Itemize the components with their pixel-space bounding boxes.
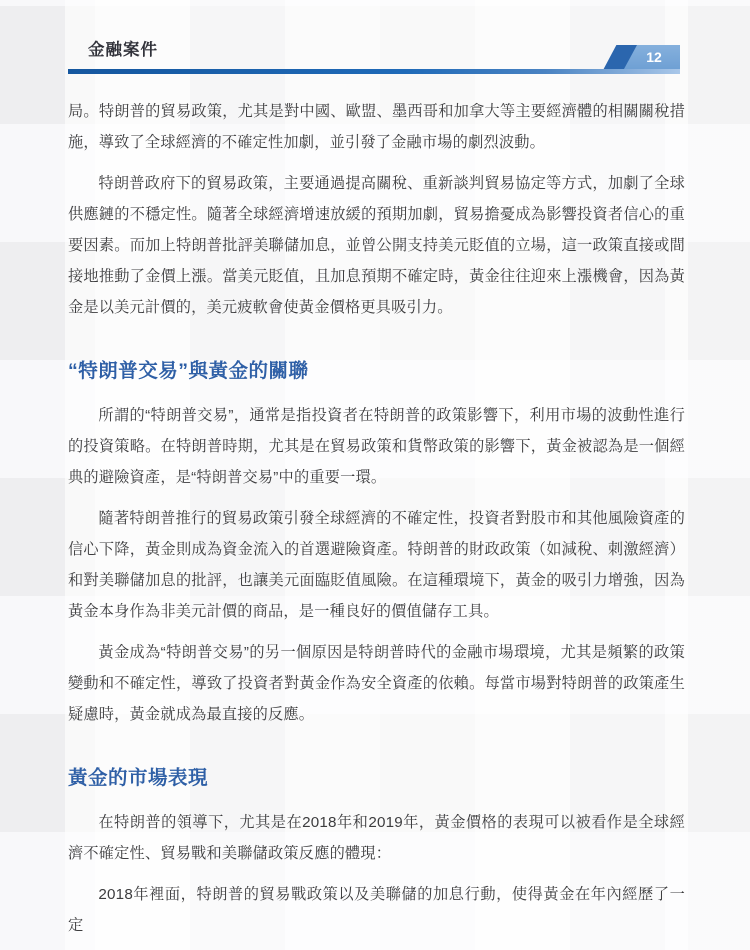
paragraph: 隨著特朗普推行的貿易政策引發全球經濟的不確定性，投資者對股市和其他風險資產的信心… xyxy=(68,503,685,627)
page-header: 金融案件 12 xyxy=(65,0,688,74)
paragraph-intro-continuation: 局。特朗普的貿易政策，尤其是對中國、歐盟、墨西哥和加拿大等主要經濟體的相關關稅措… xyxy=(68,96,685,158)
section-heading-gold-market: 黃金的市場表現 xyxy=(68,764,685,792)
page-sheet: 金融案件 12 局。特朗普的貿易政策，尤其是對中國、歐盟、墨西哥和加拿大等主要經… xyxy=(65,0,688,950)
paragraph: 黃金成為“特朗普交易”的另一個原因是特朗普時代的金融市場環境，尤其是頻繁的政策變… xyxy=(68,637,685,730)
document-page: { "header": { "title": "金融案件", "page_num… xyxy=(0,0,750,950)
paragraph: 在特朗普的領導下，尤其是在2018年和2019年，黃金價格的表現可以被看作是全球… xyxy=(68,807,685,869)
header-rule xyxy=(68,69,680,74)
page-number-badge: 12 xyxy=(606,45,680,69)
section-heading-trump-trade: “特朗普交易”與黃金的關聯 xyxy=(68,357,685,385)
document-body: 局。特朗普的貿易政策，尤其是對中國、歐盟、墨西哥和加拿大等主要經濟體的相關關稅措… xyxy=(65,96,688,941)
paragraph: 所謂的“特朗普交易”，通常是指投資者在特朗普的政策影響下，利用市場的波動性進行的… xyxy=(68,400,685,493)
paragraph: 特朗普政府下的貿易政策，主要通過提高關稅、重新談判貿易協定等方式，加劇了全球供應… xyxy=(68,168,685,323)
page-header-title: 金融案件 xyxy=(88,40,688,60)
paragraph: 2018年裡面，特朗普的貿易戰政策以及美聯儲的加息行動，使得黃金在年內經歷了一定 xyxy=(68,879,685,941)
